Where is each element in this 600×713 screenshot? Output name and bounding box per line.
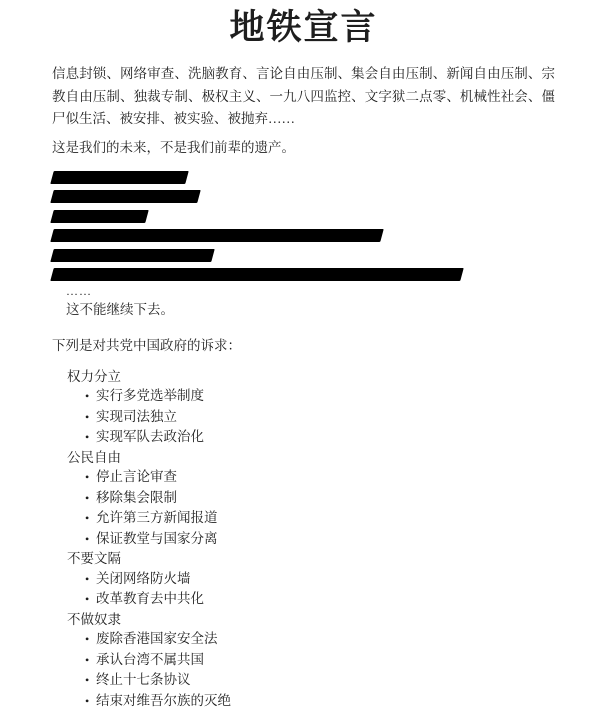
demand-item-label: 实行多党选举制度 xyxy=(96,388,204,403)
list-item: •废除香港国家安全法 xyxy=(52,629,555,650)
list-item: •实行多党选举制度 xyxy=(52,386,555,407)
demand-item-label: 移除集会限制 xyxy=(96,490,177,505)
redaction-bar xyxy=(50,249,214,262)
redaction-bar xyxy=(50,229,383,242)
demand-item-label: 保证教堂与国家分离 xyxy=(96,531,218,546)
demand-item-label: 实现司法独立 xyxy=(96,409,177,424)
demand-item-label: 终止十七条协议 xyxy=(96,672,191,687)
demand-heading: 不做奴隶 xyxy=(52,610,555,630)
demand-item-label: 停止言论审查 xyxy=(96,469,177,484)
page-title: 地铁宣言 xyxy=(52,6,555,50)
redaction-closing-line: 这不能继续下去。 xyxy=(66,302,555,318)
bullet-icon: • xyxy=(85,530,96,550)
redaction-bar xyxy=(50,210,148,223)
bullet-icon: • xyxy=(85,692,96,712)
bullet-icon: • xyxy=(85,570,96,590)
demand-item-label: 实现军队去政治化 xyxy=(96,429,204,444)
manifesto-document: 地铁宣言 信息封锁、网络审查、洗脑教育、言论自由压制、集会自由压制、新闻自由压制… xyxy=(0,0,600,713)
list-item: •保证教堂与国家分离 xyxy=(52,529,555,550)
redaction-bars xyxy=(52,171,555,281)
bullet-icon: • xyxy=(85,387,96,407)
demand-item-label: 废除香港国家安全法 xyxy=(96,631,218,646)
demand-item-label: 关闭网络防火墙 xyxy=(96,571,191,586)
list-item: •停止言论审查 xyxy=(52,467,555,488)
bullet-icon: • xyxy=(85,590,96,610)
demand-item-label: 结束对维吾尔族的灭绝 xyxy=(96,693,231,708)
redaction-bar xyxy=(50,268,463,281)
intro-paragraph: 信息封锁、网络审查、洗脑教育、言论自由压制、集会自由压制、新闻自由压制、宗教自由… xyxy=(52,63,555,131)
bullet-icon: • xyxy=(85,408,96,428)
list-item: •终止十七条协议 xyxy=(52,670,555,691)
list-item: •实现司法独立 xyxy=(52,407,555,428)
demand-heading: 权力分立 xyxy=(52,367,555,387)
list-item: •实现军队去政治化 xyxy=(52,427,555,448)
redaction-bar xyxy=(50,190,200,203)
bullet-icon: • xyxy=(85,509,96,529)
demand-group: 不做奴隶 •废除香港国家安全法 •承认台湾不属共国 •终止十七条协议 •结束对维… xyxy=(52,610,555,712)
redacted-section: …… 这不能继续下去。 xyxy=(52,171,555,318)
bullet-icon: • xyxy=(85,468,96,488)
list-item: •允许第三方新闻报道 xyxy=(52,508,555,529)
bullet-icon: • xyxy=(85,428,96,448)
demand-item-label: 允许第三方新闻报道 xyxy=(96,510,218,525)
list-item: •承认台湾不属共国 xyxy=(52,650,555,671)
list-item: •改革教育去中共化 xyxy=(52,589,555,610)
demand-item-label: 承认台湾不属共国 xyxy=(96,652,204,667)
list-item: •移除集会限制 xyxy=(52,488,555,509)
demand-group: 不要文隔 •关闭网络防火墙 •改革教育去中共化 xyxy=(52,549,555,610)
demands-intro: 下列是对共党中国政府的诉求： xyxy=(52,338,555,354)
bullet-icon: • xyxy=(85,671,96,691)
demand-group: 公民自由 •停止言论审查 •移除集会限制 •允许第三方新闻报道 •保证教堂与国家… xyxy=(52,448,555,550)
list-item: •结束对维吾尔族的灭绝 xyxy=(52,691,555,712)
redaction-bar xyxy=(50,171,188,184)
bullet-icon: • xyxy=(85,630,96,650)
demand-group: 权力分立 •实行多党选举制度 •实现司法独立 •实现军队去政治化 xyxy=(52,367,555,448)
bullet-icon: • xyxy=(85,489,96,509)
list-item: •关闭网络防火墙 xyxy=(52,569,555,590)
demand-heading: 公民自由 xyxy=(52,448,555,468)
future-line: 这是我们的未来，不是我们前辈的遗产。 xyxy=(52,137,555,160)
demand-item-label: 改革教育去中共化 xyxy=(96,591,204,606)
bullet-icon: • xyxy=(85,651,96,671)
redaction-ellipsis: …… xyxy=(66,284,555,298)
demand-heading: 不要文隔 xyxy=(52,549,555,569)
demands-list: 权力分立 •实行多党选举制度 •实现司法独立 •实现军队去政治化 公民自由 •停… xyxy=(52,367,555,712)
